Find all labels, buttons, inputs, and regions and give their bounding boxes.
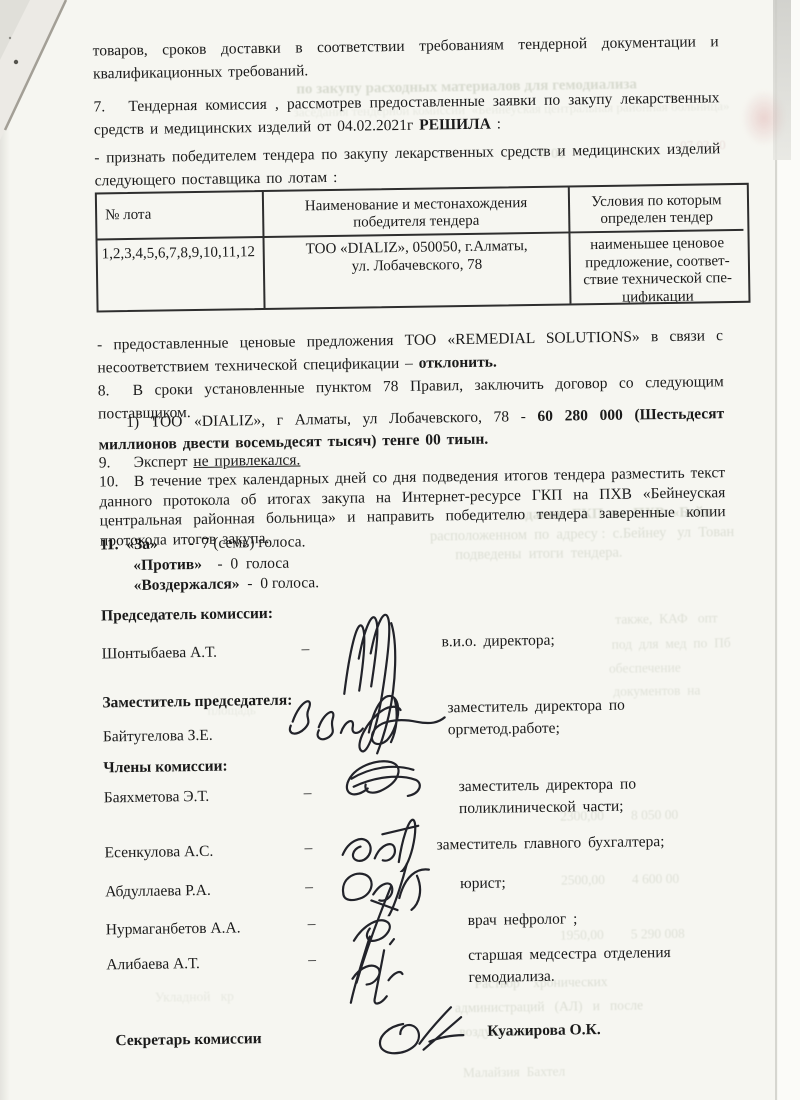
- deputy-heading: Заместитель председателя:: [102, 692, 292, 713]
- bleedthrough-text: обеспечение: [609, 660, 681, 677]
- text-run: 11. «За»: [100, 536, 158, 554]
- member-role: юрист;: [460, 872, 506, 895]
- bleedthrough-text: под для мед по Пб: [611, 635, 730, 653]
- text-run: - 0 голоса: [202, 555, 289, 573]
- signature-baitugelova: [278, 685, 449, 750]
- scanned-document-page: по закупу расходных материалов для гемод…: [0, 0, 800, 1100]
- paragraph-reject: - предоставленные ценовые предложения ТО…: [97, 325, 724, 379]
- secretary-name: Куажирова О.К.: [487, 1021, 601, 1041]
- member-name: Нурмаганбетов А.А.: [106, 919, 241, 939]
- chair-name: Шонтыбаева А.Т.: [102, 644, 218, 664]
- bleedthrough-text: Малайзия Бахтел: [463, 1064, 566, 1082]
- chair-role: в.и.о. директора;: [441, 630, 555, 654]
- text-run: :: [491, 115, 501, 132]
- text-run: - предоставленные ценовые предложения ТО…: [97, 327, 723, 376]
- vote-for-line: 11. «За» - 7 (семь) голоса.: [100, 533, 306, 554]
- document-content: по закупу расходных материалов для гемод…: [0, 0, 800, 1100]
- text-run: 1) ТОО «DIALIZ», г Алматы, ул Лобачевско…: [126, 408, 538, 431]
- text-run: - 7 (семь) голоса.: [158, 533, 306, 552]
- text-run: - 0 голоса.: [239, 574, 319, 592]
- member-name: Абдуллаева Р.А.: [105, 882, 211, 902]
- bleedthrough-text: подведены итоги тендера.: [455, 545, 623, 564]
- table-cell-lot-numbers: 1,2,3,4,5,6,7,8,9,10,11,12: [98, 238, 266, 310]
- member-name: Алибаева А.Т.: [106, 955, 200, 974]
- chair-dash: –: [301, 640, 309, 658]
- text-run: «Воздержался»: [134, 575, 240, 594]
- members-heading: Члены комиссии:: [103, 758, 228, 778]
- member-name: Есенкулова А.С.: [104, 843, 213, 863]
- text-run: отклонить.: [419, 353, 497, 371]
- member-dash: –: [305, 878, 313, 896]
- text-run: РЕШИЛА: [419, 115, 491, 133]
- member-role: врач нефролог ;: [467, 908, 577, 932]
- member-name: Баяхметова Э.Т.: [104, 788, 210, 808]
- member-role: старшая медсестра отделения гемодиализа.: [468, 942, 671, 989]
- table-header-winner: Наименование и местонахождения победител…: [264, 187, 571, 238]
- text-run: 7. Тендерная комиссия , рассмотрев предо…: [93, 89, 719, 138]
- text-run: «Против»: [133, 556, 202, 574]
- member-dash: –: [304, 839, 312, 857]
- table-cell-winner: ТОО «DIALIZ», 050050, г.Алматы, ул. Лоба…: [265, 233, 572, 308]
- vote-abstained-line: «Воздержался» - 0 голоса.: [134, 574, 320, 595]
- member-dash: –: [308, 915, 316, 933]
- deputy-name: Байтугелова З.Е.: [103, 727, 213, 747]
- table-cell-conditions: наименьшее ценовое предложение, соответ-…: [570, 231, 744, 304]
- bleedthrough-text: 2500,00 4 600 00: [561, 871, 679, 889]
- secretary-heading: Секретарь комиссии: [115, 1030, 261, 1050]
- text-run: 9. Эксперт: [99, 453, 194, 471]
- bleedthrough-text: 1950,00 5 290 008: [560, 926, 685, 944]
- member-dash: –: [304, 784, 312, 802]
- paragraph-7-lead: 7. Тендерная комиссия , рассмотрев предо…: [93, 87, 720, 141]
- member-role: заместитель главного бухгалтера;: [436, 831, 664, 856]
- bleedthrough-text: документов на: [613, 683, 700, 700]
- table-header-conditions: Условия по которым определен тендер: [570, 185, 744, 234]
- member-role: заместитель директора по поликлинической…: [459, 774, 637, 821]
- deputy-role: заместитель директора по оргметод.работе…: [447, 695, 625, 742]
- bleedthrough-text: администраций (АЛ) и после: [455, 997, 643, 1016]
- signature-bayakhmetova: [333, 752, 434, 805]
- bleedthrough-text: также, КАФ опт: [615, 610, 718, 628]
- bleedthrough-text: Укладной кр: [155, 989, 234, 1006]
- table-header-lot-number: № лота: [97, 192, 265, 240]
- member-dash: –: [308, 951, 316, 969]
- text-run: не привлекался.: [193, 451, 300, 470]
- chair-heading: Председатель комиссии:: [101, 605, 273, 626]
- signature-kuazhirova: [367, 999, 478, 1059]
- signature-alibaeva: [338, 922, 414, 1008]
- intro-paragraph: товаров, сроков доставки в соответствии …: [93, 31, 720, 85]
- lots-table: № лота Наименование и местонахождения по…: [95, 183, 751, 313]
- vote-against-line: «Против» - 0 голоса: [133, 555, 289, 575]
